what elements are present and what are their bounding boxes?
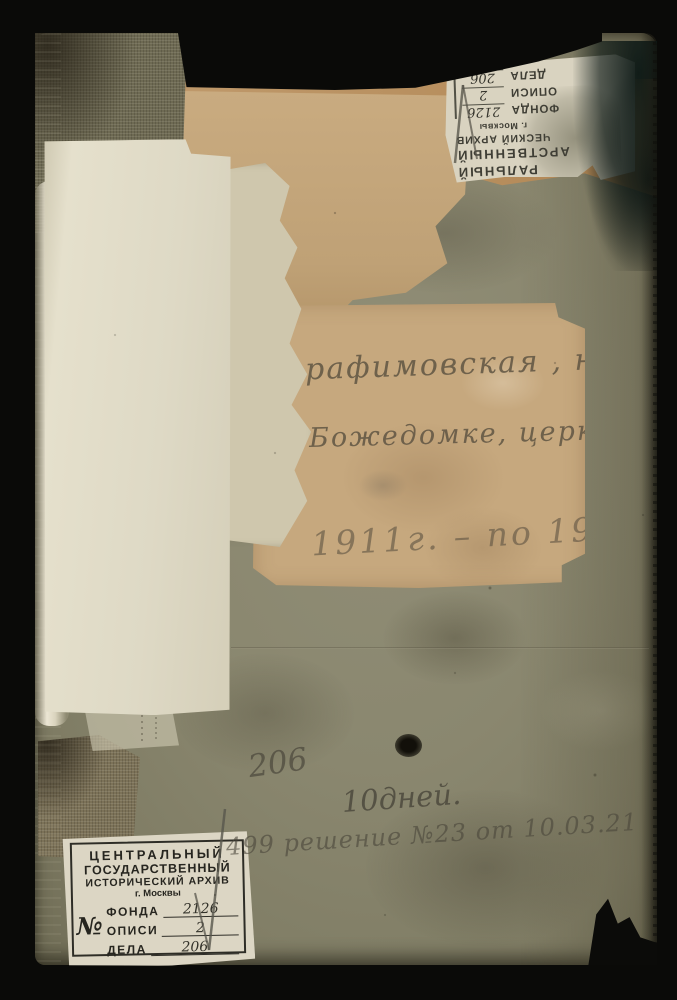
- stamp-city-line: г. Москвы: [479, 120, 527, 132]
- book-cover: рафимовская , на й Божедомке, церковь 19…: [35, 33, 657, 965]
- wormhole-stain: [395, 734, 422, 757]
- field-label: ОПИСИ: [107, 923, 159, 938]
- cover-crease-line: [231, 647, 649, 649]
- field-label: ОПИСИ: [510, 84, 557, 98]
- field-label: ДЕЛА: [107, 942, 147, 957]
- white-paper-sheet: [41, 139, 232, 716]
- field-label: ФОНДА: [106, 904, 159, 919]
- scan-background: { "photo": { "description": "Обложка арх…: [0, 0, 677, 1000]
- worn-right-edge: [641, 33, 657, 965]
- pencil-checkmark: [185, 805, 231, 955]
- field-label: ФОНДА: [510, 101, 559, 115]
- title-line-1: рафимовская , на: [304, 342, 616, 388]
- field-label: ДЕЛА: [509, 68, 546, 81]
- pencil-checkmark: [447, 83, 483, 168]
- numero-sign: №: [76, 914, 103, 962]
